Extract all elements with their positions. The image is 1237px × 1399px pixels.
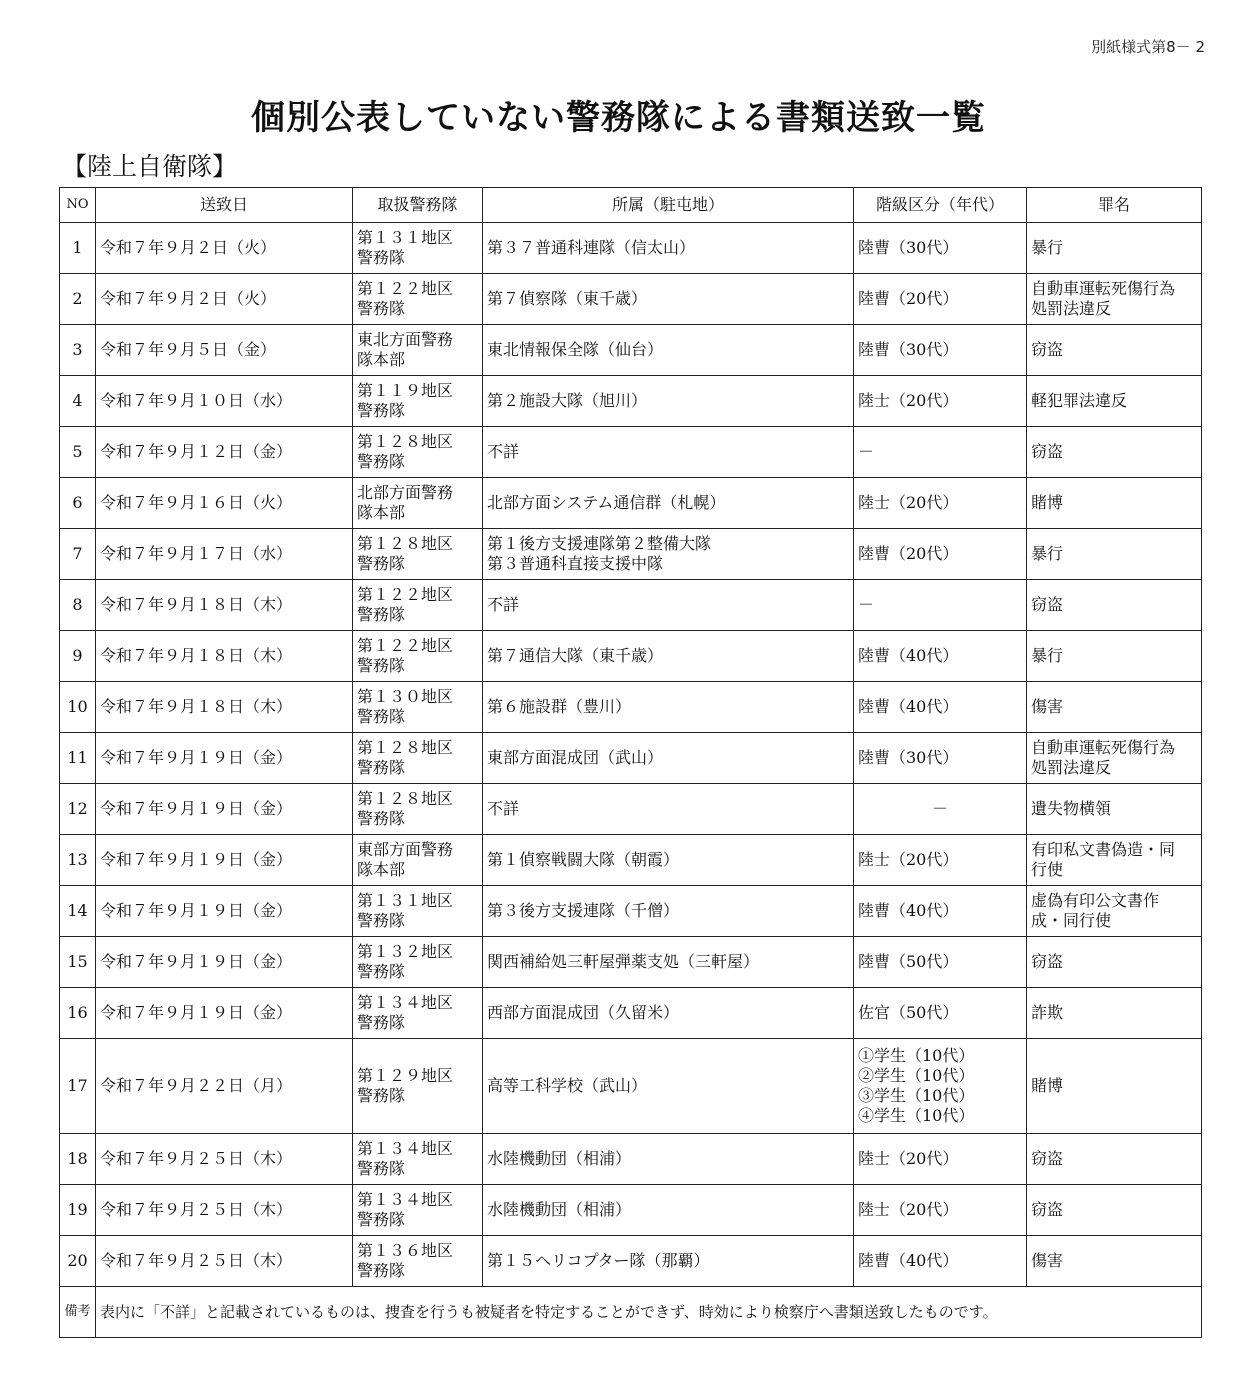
cell-rank: 陸曹（50代） — [854, 937, 1027, 988]
cell-date: 令和７年９月２５日（木） — [96, 1185, 353, 1236]
cell-rank: ①学生（10代） ②学生（10代） ③学生（10代） ④学生（10代） — [854, 1039, 1027, 1134]
cell-affiliation: 第１後方支援連隊第２整備大隊 第３普通科直接支援中隊 — [483, 529, 854, 580]
cell-unit: 東部方面警務 隊本部 — [353, 835, 483, 886]
cell-unit: 第１２９地区 警務隊 — [353, 1039, 483, 1134]
cell-charge: 自動車運転死傷行為 処罰法違反 — [1027, 733, 1202, 784]
cell-rank: 陸士（20代） — [854, 835, 1027, 886]
cell-no: 6 — [60, 478, 96, 529]
cell-date: 令和７年９月２日（火） — [96, 274, 353, 325]
page-title: 個別公表していない警務隊による書類送致一覧 — [0, 90, 1237, 139]
cell-charge: 窃盗 — [1027, 427, 1202, 478]
cell-no: 3 — [60, 325, 96, 376]
cell-affiliation: 不詳 — [483, 580, 854, 631]
cell-unit: 第１２２地区 警務隊 — [353, 274, 483, 325]
cell-charge: 傷害 — [1027, 682, 1202, 733]
cell-date: 令和７年９月１９日（金） — [96, 835, 353, 886]
table-row: 9令和７年９月１８日（木）第１２２地区 警務隊第７通信大隊（東千歳）陸曹（40代… — [60, 631, 1202, 682]
cell-no: 13 — [60, 835, 96, 886]
cell-affiliation: 西部方面混成団（久留米） — [483, 988, 854, 1039]
table-row: 20令和７年９月２５日（木）第１３６地区 警務隊第１５ヘリコプター隊（那覇）陸曹… — [60, 1236, 1202, 1287]
table-row: 4令和７年９月１０日（水）第１１９地区 警務隊第２施設大隊（旭川）陸士（20代）… — [60, 376, 1202, 427]
form-code: 別紙様式第8－ 2 — [1091, 36, 1205, 57]
cell-date: 令和７年９月１９日（金） — [96, 784, 353, 835]
header-date: 送致日 — [96, 188, 353, 223]
cell-no: 1 — [60, 223, 96, 274]
cell-affiliation: 関西補給処三軒屋弾薬支処（三軒屋） — [483, 937, 854, 988]
cell-no: 5 — [60, 427, 96, 478]
cell-no: 9 — [60, 631, 96, 682]
cell-no: 15 — [60, 937, 96, 988]
cell-unit: 第１３４地区 警務隊 — [353, 1134, 483, 1185]
cell-no: 2 — [60, 274, 96, 325]
cell-no: 11 — [60, 733, 96, 784]
table-row: 2令和７年９月２日（火）第１２２地区 警務隊第７偵察隊（東千歳）陸曹（20代）自… — [60, 274, 1202, 325]
cell-date: 令和７年９月１２日（金） — [96, 427, 353, 478]
table-row: 6令和７年９月１６日（火）北部方面警務 隊本部北部方面システム通信群（札幌）陸士… — [60, 478, 1202, 529]
cell-rank: 陸曹（20代） — [854, 274, 1027, 325]
table-header-row: NO 送致日 取扱警務隊 所属（駐屯地） 階級区分（年代） 罪名 — [60, 188, 1202, 223]
cell-rank: 陸曹（40代） — [854, 682, 1027, 733]
table-row: 7令和７年９月１７日（水）第１２８地区 警務隊第１後方支援連隊第２整備大隊 第３… — [60, 529, 1202, 580]
cell-unit: 第１２２地区 警務隊 — [353, 580, 483, 631]
table-row: 11令和７年９月１９日（金）第１２８地区 警務隊東部方面混成団（武山）陸曹（30… — [60, 733, 1202, 784]
cell-affiliation: 第１偵察戦闘大隊（朝霞） — [483, 835, 854, 886]
cell-charge: 自動車運転死傷行為 処罰法違反 — [1027, 274, 1202, 325]
cell-no: 10 — [60, 682, 96, 733]
header-no: NO — [60, 188, 96, 223]
cell-no: 12 — [60, 784, 96, 835]
cell-affiliation: 第２施設大隊（旭川） — [483, 376, 854, 427]
cell-date: 令和７年９月１０日（水） — [96, 376, 353, 427]
header-affiliation: 所属（駐屯地） — [483, 188, 854, 223]
note-label: 備考 — [60, 1287, 96, 1338]
cell-rank: 陸曹（40代） — [854, 631, 1027, 682]
cell-no: 17 — [60, 1039, 96, 1134]
cell-charge: 窃盗 — [1027, 325, 1202, 376]
cell-unit: 東北方面警務 隊本部 — [353, 325, 483, 376]
cell-charge: 詐欺 — [1027, 988, 1202, 1039]
cell-unit: 北部方面警務 隊本部 — [353, 478, 483, 529]
cell-unit: 第１３４地区 警務隊 — [353, 1185, 483, 1236]
cell-rank: － — [854, 580, 1027, 631]
cell-unit: 第１２８地区 警務隊 — [353, 733, 483, 784]
cell-date: 令和７年９月１６日（火） — [96, 478, 353, 529]
table-row: 16令和７年９月１９日（金）第１３４地区 警務隊西部方面混成団（久留米）佐官（5… — [60, 988, 1202, 1039]
cell-rank: 陸士（20代） — [854, 1185, 1027, 1236]
cell-affiliation: 第３７普通科連隊（信太山） — [483, 223, 854, 274]
cell-rank: 陸曹（40代） — [854, 1236, 1027, 1287]
table-row: 10令和７年９月１８日（木）第１３０地区 警務隊第６施設群（豊川）陸曹（40代）… — [60, 682, 1202, 733]
cell-charge: 窃盗 — [1027, 1185, 1202, 1236]
cell-no: 7 — [60, 529, 96, 580]
cell-rank: 陸士（20代） — [854, 478, 1027, 529]
cell-unit: 第１３０地区 警務隊 — [353, 682, 483, 733]
cell-charge: 窃盗 — [1027, 937, 1202, 988]
cell-unit: 第１２８地区 警務隊 — [353, 427, 483, 478]
cell-date: 令和７年９月５日（金） — [96, 325, 353, 376]
table-row: 13令和７年９月１９日（金）東部方面警務 隊本部第１偵察戦闘大隊（朝霞）陸士（2… — [60, 835, 1202, 886]
cell-no: 18 — [60, 1134, 96, 1185]
cell-charge: 軽犯罪法違反 — [1027, 376, 1202, 427]
cell-affiliation: 東北情報保全隊（仙台） — [483, 325, 854, 376]
cell-no: 4 — [60, 376, 96, 427]
cell-rank: 陸曹（30代） — [854, 223, 1027, 274]
table-row: 17令和７年９月２２日（月）第１２９地区 警務隊高等工科学校（武山）①学生（10… — [60, 1039, 1202, 1134]
table-row: 5令和７年９月１２日（金）第１２８地区 警務隊不詳－窃盗 — [60, 427, 1202, 478]
table-row: 1令和７年９月２日（火）第１３１地区 警務隊第３７普通科連隊（信太山）陸曹（30… — [60, 223, 1202, 274]
cell-no: 8 — [60, 580, 96, 631]
table-row: 19令和７年９月２５日（木）第１３４地区 警務隊水陸機動団（相浦）陸士（20代）… — [60, 1185, 1202, 1236]
cell-rank: 陸士（20代） — [854, 1134, 1027, 1185]
cell-date: 令和７年９月２５日（木） — [96, 1236, 353, 1287]
cell-charge: 暴行 — [1027, 223, 1202, 274]
cell-rank: 陸曹（30代） — [854, 733, 1027, 784]
cell-charge: 暴行 — [1027, 631, 1202, 682]
cell-affiliation: 不詳 — [483, 427, 854, 478]
table-row: 12令和７年９月１９日（金）第１２８地区 警務隊不詳－遺失物横領 — [60, 784, 1202, 835]
cell-rank: 陸曹（40代） — [854, 886, 1027, 937]
cell-no: 16 — [60, 988, 96, 1039]
header-charge: 罪名 — [1027, 188, 1202, 223]
table-row: 15令和７年９月１９日（金）第１３２地区 警務隊関西補給処三軒屋弾薬支処（三軒屋… — [60, 937, 1202, 988]
cell-unit: 第１３４地区 警務隊 — [353, 988, 483, 1039]
cell-charge: 窃盗 — [1027, 580, 1202, 631]
cell-charge: 賭博 — [1027, 1039, 1202, 1134]
cell-unit: 第１２２地区 警務隊 — [353, 631, 483, 682]
cell-affiliation: 北部方面システム通信群（札幌） — [483, 478, 854, 529]
cell-rank: 陸曹（30代） — [854, 325, 1027, 376]
cell-date: 令和７年９月１９日（金） — [96, 733, 353, 784]
cell-affiliation: 第６施設群（豊川） — [483, 682, 854, 733]
cell-charge: 暴行 — [1027, 529, 1202, 580]
cell-affiliation: 第１５ヘリコプター隊（那覇） — [483, 1236, 854, 1287]
table-row: 14令和７年９月１９日（金）第１３１地区 警務隊第３後方支援連隊（千僧）陸曹（4… — [60, 886, 1202, 937]
cell-rank: － — [854, 784, 1027, 835]
cell-date: 令和７年９月２日（火） — [96, 223, 353, 274]
cell-affiliation: 不詳 — [483, 784, 854, 835]
cell-charge: 窃盗 — [1027, 1134, 1202, 1185]
cell-rank: 佐官（50代） — [854, 988, 1027, 1039]
cell-date: 令和７年９月１８日（木） — [96, 682, 353, 733]
cell-no: 20 — [60, 1236, 96, 1287]
cell-unit: 第１２８地区 警務隊 — [353, 529, 483, 580]
section-heading: 【陸上自衛隊】 — [62, 147, 237, 183]
cell-charge: 賭博 — [1027, 478, 1202, 529]
cell-date: 令和７年９月２５日（木） — [96, 1134, 353, 1185]
cell-affiliation: 東部方面混成団（武山） — [483, 733, 854, 784]
note-row: 備考 表内に「不詳」と記載されているものは、捜査を行うも被疑者を特定することがで… — [60, 1287, 1202, 1338]
table-row: 8令和７年９月１８日（木）第１２２地区 警務隊不詳－窃盗 — [60, 580, 1202, 631]
cell-affiliation: 第７偵察隊（東千歳） — [483, 274, 854, 325]
cell-affiliation: 第７通信大隊（東千歳） — [483, 631, 854, 682]
cell-date: 令和７年９月２２日（月） — [96, 1039, 353, 1134]
note-text: 表内に「不詳」と記載されているものは、捜査を行うも被疑者を特定することができず、… — [96, 1287, 1202, 1338]
cell-date: 令和７年９月１９日（金） — [96, 937, 353, 988]
cell-rank: － — [854, 427, 1027, 478]
cell-no: 19 — [60, 1185, 96, 1236]
cell-unit: 第１３１地区 警務隊 — [353, 886, 483, 937]
cell-date: 令和７年９月１８日（木） — [96, 580, 353, 631]
referral-table: NO 送致日 取扱警務隊 所属（駐屯地） 階級区分（年代） 罪名 1令和７年９月… — [59, 187, 1202, 1338]
cell-unit: 第１３６地区 警務隊 — [353, 1236, 483, 1287]
cell-date: 令和７年９月１９日（金） — [96, 886, 353, 937]
cell-unit: 第１２８地区 警務隊 — [353, 784, 483, 835]
cell-affiliation: 高等工科学校（武山） — [483, 1039, 854, 1134]
cell-unit: 第１３１地区 警務隊 — [353, 223, 483, 274]
header-rank: 階級区分（年代） — [854, 188, 1027, 223]
cell-date: 令和７年９月１７日（水） — [96, 529, 353, 580]
header-unit: 取扱警務隊 — [353, 188, 483, 223]
cell-charge: 虚偽有印公文書作 成・同行使 — [1027, 886, 1202, 937]
cell-unit: 第１３２地区 警務隊 — [353, 937, 483, 988]
table-row: 3令和７年９月５日（金）東北方面警務 隊本部東北情報保全隊（仙台）陸曹（30代）… — [60, 325, 1202, 376]
cell-affiliation: 第３後方支援連隊（千僧） — [483, 886, 854, 937]
cell-unit: 第１１９地区 警務隊 — [353, 376, 483, 427]
cell-date: 令和７年９月１９日（金） — [96, 988, 353, 1039]
cell-charge: 有印私文書偽造・同 行使 — [1027, 835, 1202, 886]
cell-affiliation: 水陸機動団（相浦） — [483, 1134, 854, 1185]
cell-rank: 陸曹（20代） — [854, 529, 1027, 580]
cell-affiliation: 水陸機動団（相浦） — [483, 1185, 854, 1236]
cell-charge: 遺失物横領 — [1027, 784, 1202, 835]
cell-no: 14 — [60, 886, 96, 937]
table-row: 18令和７年９月２５日（木）第１３４地区 警務隊水陸機動団（相浦）陸士（20代）… — [60, 1134, 1202, 1185]
cell-charge: 傷害 — [1027, 1236, 1202, 1287]
cell-rank: 陸士（20代） — [854, 376, 1027, 427]
cell-date: 令和７年９月１８日（木） — [96, 631, 353, 682]
